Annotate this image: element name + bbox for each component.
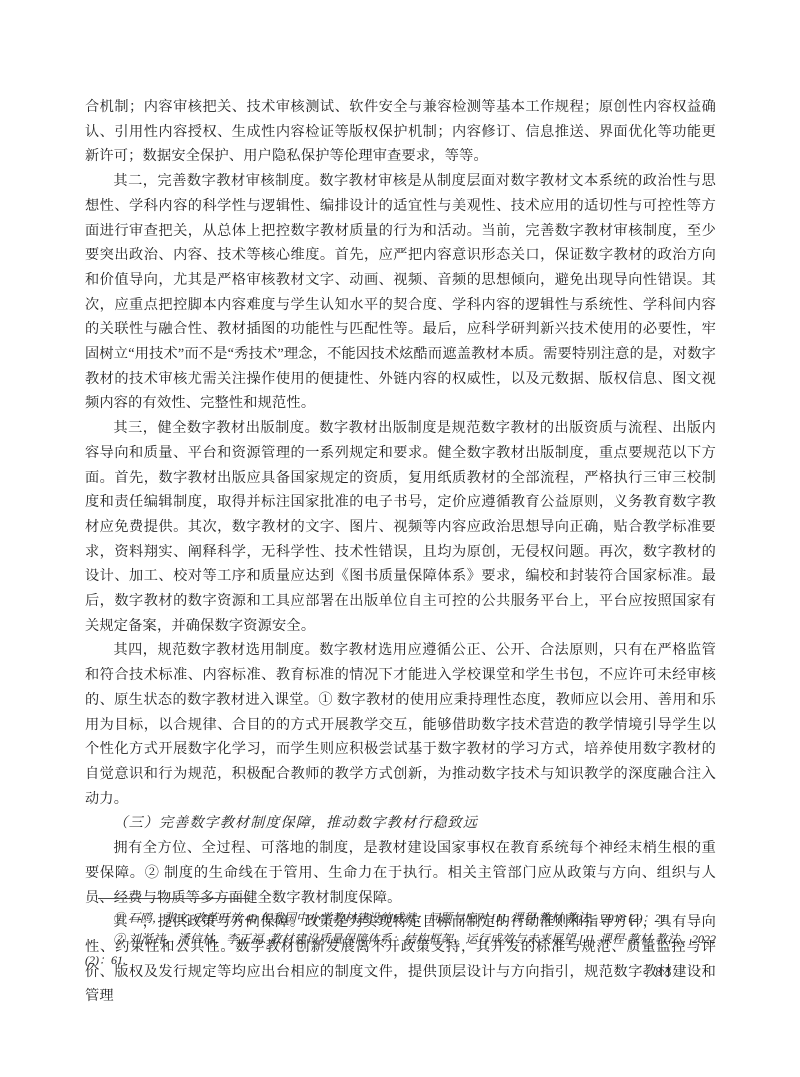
section-heading: （三）完善数字教材制度保障，推动数字教材行稳致远 [85,811,716,836]
footnote-divider [98,898,250,899]
page-body: 合机制；内容审核把关、技术审核测试、软件安全与兼容检测等基本工作规程；原创性内容… [85,95,716,1009]
document-page: 合机制；内容审核把关、技术审核测试、软件安全与兼容检测等基本工作规程；原创性内容… [0,0,800,1077]
footnote-2: ② 刘湉祎，潘信林，李正福. 教材建设质量保障体系：结构框架、运行成效与未来展望… [85,929,716,971]
paragraph-publishing-system: 其三，健全数字教材出版制度。数字教材出版制度是规范数字教材的出版资质与流程、出版… [85,416,716,638]
page-number: · 83 · [642,964,688,980]
paragraph-selection-system: 其四，规范数字教材选用制度。数字教材选用应遵循公正、公开、合法原则，只有在严格监… [85,638,716,811]
footnote-1: ① 石鸥，张文. 改革开放 40 年我国中小学教材建设的成就、问题与应对 [J]… [85,908,716,929]
paragraph-continuation: 合机制；内容审核把关、技术审核测试、软件安全与兼容检测等基本工作规程；原创性内容… [85,95,716,169]
footnotes-section: ① 石鸥，张文. 改革开放 40 年我国中小学教材建设的成就、问题与应对 [J]… [85,898,716,971]
paragraph-review-system: 其二，完善数字教材审核制度。数字教材审核是从制度层面对数字教材文本系统的政治性与… [85,169,716,416]
